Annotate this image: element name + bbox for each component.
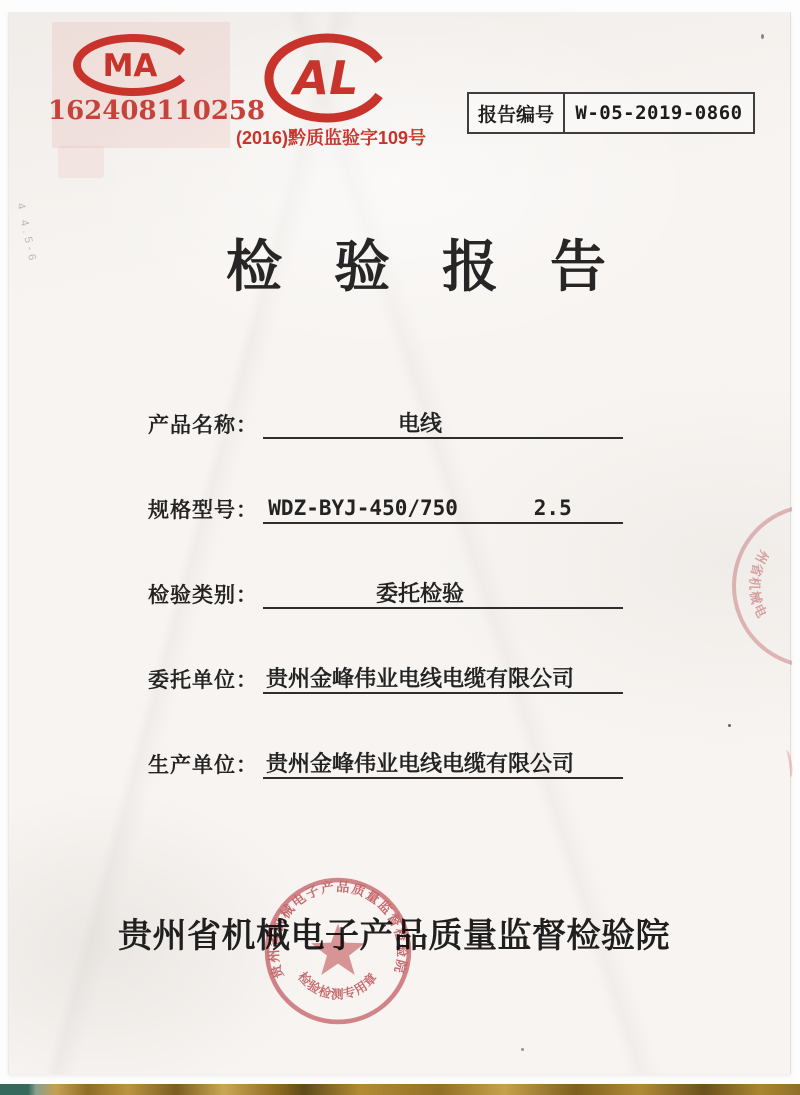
scan-edge-strip — [0, 1084, 800, 1095]
field-value-underline: 贵州金峰伟业电线电缆有限公司 — [263, 748, 623, 779]
cal-logo-icon: AL — [262, 32, 394, 126]
field-label: 规格型号： — [148, 499, 258, 522]
field-spec-model: 规格型号：WDZ-BYJ-450/750 2.5 — [148, 493, 623, 524]
field-manufacturer-unit: 生产单位：贵州金峰伟业电线电缆有限公司 — [148, 748, 623, 779]
field-value-underline: 委托检验 — [263, 578, 623, 609]
edge-partial-seal: 州省机械电子 — [716, 498, 792, 678]
official-seal: 贵州省机械电子产品质量监督检验院 检验检测专用章 — [262, 874, 414, 1026]
cma-stamp-halo-blob — [58, 146, 104, 178]
dust-speck — [728, 724, 731, 727]
seal-banner-text: 检验检测专用章 — [295, 969, 381, 1002]
cal-letters: AL — [291, 51, 359, 105]
field-label: 生产单位： — [148, 754, 258, 777]
field-label: 检验类别： — [148, 584, 258, 607]
cma-license-number: 162408110258 — [48, 96, 220, 126]
field-inspection-type: 检验类别：委托检验 — [148, 578, 623, 609]
field-value-underline: 贵州金峰伟业电线电缆有限公司 — [263, 663, 623, 694]
cma-letters: MA — [103, 48, 158, 84]
cal-caption: (2016)黔质监验字109号 — [233, 124, 429, 150]
field-product-name: 产品名称：电线 — [148, 408, 623, 439]
margin-pencil-scribble: 4 4.5-6 — [14, 202, 39, 265]
report-number-label: 报告编号 — [469, 94, 565, 132]
field-client-unit: 委托单位：贵州金峰伟业电线电缆有限公司 — [148, 663, 623, 694]
dust-speck — [521, 1048, 524, 1051]
scanned-report-photo: MA 162408110258 AL (2016)黔质监验字109号 报告编号 … — [0, 0, 800, 1095]
svg-text:州省机械电子: 州省机械电子 — [716, 498, 771, 622]
report-number-value: W-05-2019-0860 — [565, 94, 753, 132]
svg-text:检验检测专用章: 检验检测专用章 — [295, 969, 381, 1002]
edge-seal-text: 州省机械电子 — [716, 498, 771, 622]
seal-star-icon — [311, 924, 365, 975]
page-title: 检验报告 — [226, 236, 658, 298]
field-label: 产品名称： — [148, 414, 258, 437]
field-value-underline: WDZ-BYJ-450/750 2.5 — [263, 493, 623, 524]
ink-smudge — [782, 750, 794, 779]
field-value-underline: 电线 — [263, 408, 623, 439]
field-label: 委托单位： — [148, 669, 258, 692]
page-content: MA 162408110258 AL (2016)黔质监验字109号 报告编号 … — [0, 0, 800, 1095]
report-number-box: 报告编号 W-05-2019-0860 — [467, 92, 755, 134]
cma-logo-icon: MA — [70, 32, 196, 100]
dust-speck — [761, 34, 764, 39]
